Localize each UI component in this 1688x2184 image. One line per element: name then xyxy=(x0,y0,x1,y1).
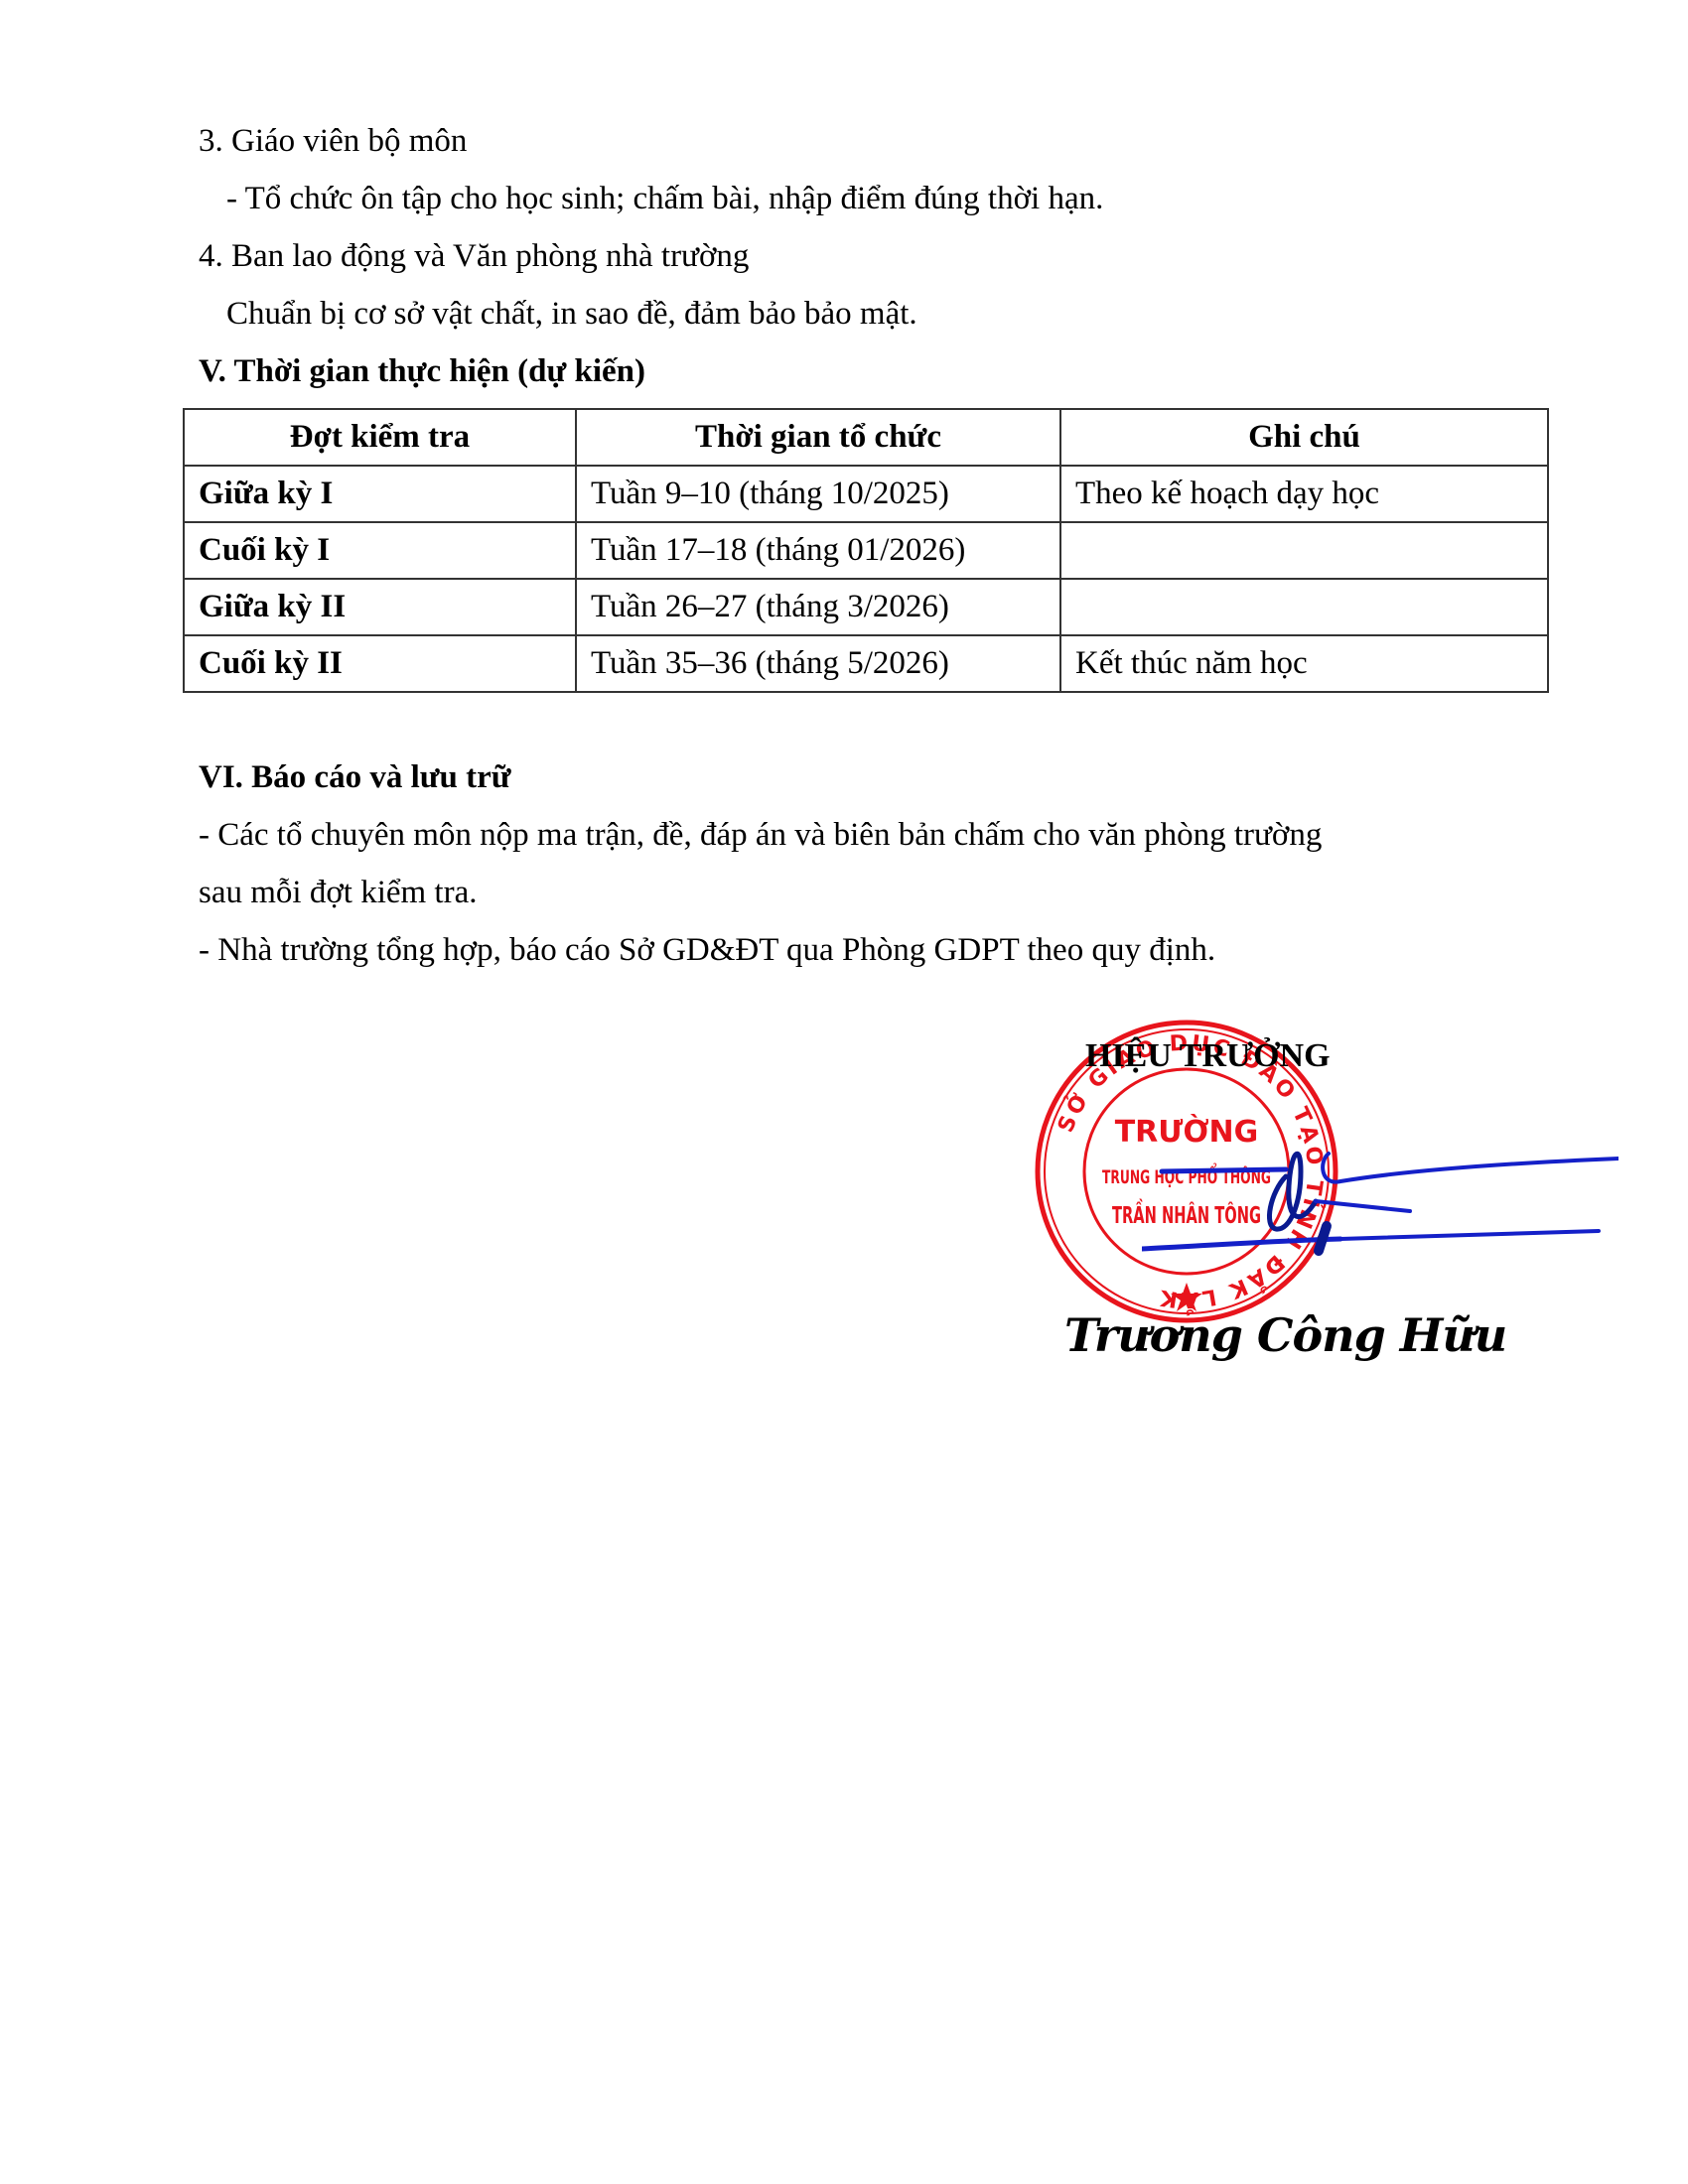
section-vi-line: - Nhà trường tổng hợp, báo cáo Sở GD&ĐT … xyxy=(199,930,1215,970)
cell-schedule: Tuần 9–10 (tháng 10/2025) xyxy=(576,466,1060,522)
signer-name: Trương Công Hữu xyxy=(1064,1308,1506,1362)
cell-exam-period: Cuối kỳ I xyxy=(184,522,576,579)
cell-notes xyxy=(1060,522,1548,579)
table-header-row: Đợt kiểm tra Thời gian tổ chức Ghi chú xyxy=(184,409,1548,466)
section-3-heading: 3. Giáo viên bộ môn xyxy=(199,121,467,161)
section-4-heading: 4. Ban lao động và Văn phòng nhà trường xyxy=(199,236,749,276)
cell-notes: Theo kế hoạch dạy học xyxy=(1060,466,1548,522)
cell-schedule: Tuần 26–27 (tháng 3/2026) xyxy=(576,579,1060,635)
cell-notes xyxy=(1060,579,1548,635)
header-notes: Ghi chú xyxy=(1060,409,1548,466)
table-row: Giữa kỳ II Tuần 26–27 (tháng 3/2026) xyxy=(184,579,1548,635)
table-row: Cuối kỳ II Tuần 35–36 (tháng 5/2026) Kết… xyxy=(184,635,1548,692)
header-exam-period: Đợt kiểm tra xyxy=(184,409,576,466)
section-v-heading: V. Thời gian thực hiện (dự kiến) xyxy=(199,351,645,391)
cell-exam-period: Cuối kỳ II xyxy=(184,635,576,692)
cell-notes: Kết thúc năm học xyxy=(1060,635,1548,692)
handwritten-signature xyxy=(1142,1132,1618,1271)
header-schedule: Thời gian tổ chức xyxy=(576,409,1060,466)
section-3-item: - Tổ chức ôn tập cho học sinh; chấm bài,… xyxy=(226,179,1103,218)
cell-schedule: Tuần 35–36 (tháng 5/2026) xyxy=(576,635,1060,692)
schedule-table: Đợt kiểm tra Thời gian tổ chức Ghi chú G… xyxy=(183,408,1549,693)
signature-title: HIỆU TRƯỞNG xyxy=(1085,1037,1331,1075)
cell-exam-period: Giữa kỳ I xyxy=(184,466,576,522)
table-row: Giữa kỳ I Tuần 9–10 (tháng 10/2025) Theo… xyxy=(184,466,1548,522)
cell-schedule: Tuần 17–18 (tháng 01/2026) xyxy=(576,522,1060,579)
section-vi-line: - Các tổ chuyên môn nộp ma trận, đề, đáp… xyxy=(199,815,1322,855)
section-vi-line: sau mỗi đợt kiểm tra. xyxy=(199,873,477,912)
table-row: Cuối kỳ I Tuần 17–18 (tháng 01/2026) xyxy=(184,522,1548,579)
section-vi-heading: VI. Báo cáo và lưu trữ xyxy=(199,757,511,797)
cell-exam-period: Giữa kỳ II xyxy=(184,579,576,635)
section-4-item: Chuẩn bị cơ sở vật chất, in sao đề, đảm … xyxy=(226,294,917,334)
